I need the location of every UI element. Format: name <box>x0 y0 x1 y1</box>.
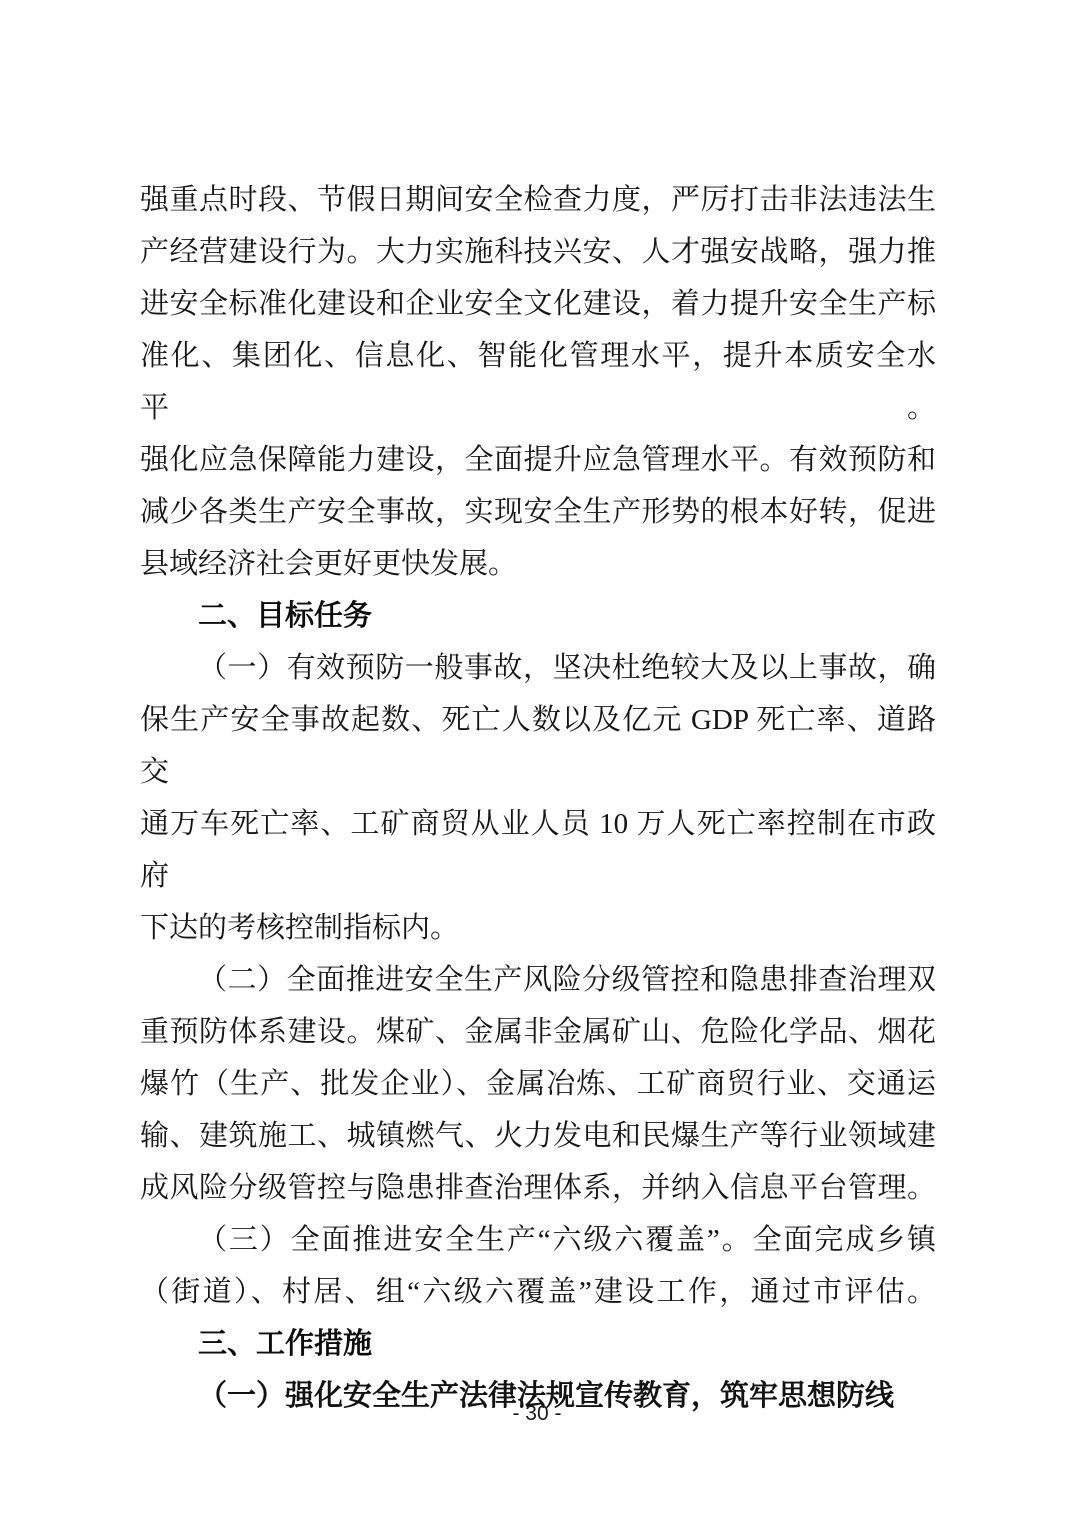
body-text-line: （二）全面推进安全生产风险分级管控和隐患排查治理双 <box>140 954 936 1006</box>
body-text-line: 进安全标准化建设和企业安全文化建设，着力提升安全生产标 <box>140 278 936 330</box>
body-text-line: 保生产安全事故起数、死亡人数以及亿元 GDP 死亡率、道路交 <box>140 694 936 798</box>
body-text-line: 县域经济社会更好更快发展。 <box>140 538 936 590</box>
body-text-line: 重预防体系建设。煤矿、金属非金属矿山、危险化学品、烟花 <box>140 1006 936 1058</box>
page-number: - 30 - <box>0 1402 1074 1426</box>
body-text-line: （一）有效预防一般事故，坚决杜绝较大及以上事故，确 <box>140 642 936 694</box>
body-text-line: 输、建筑施工、城镇燃气、火力发电和民爆生产等行业领域建 <box>140 1110 936 1162</box>
body-text-line: 产经营建设行为。大力实施科技兴安、人才强安战略，强力推 <box>140 226 936 278</box>
document-page: 强重点时段、节假日期间安全检查力度，严厉打击非法违法生产经营建设行为。大力实施科… <box>0 0 1074 1520</box>
body-text-line: （三）全面推进安全生产“六级六覆盖”。全面完成乡镇 <box>140 1214 936 1266</box>
body-text-line: 强化应急保障能力建设，全面提升应急管理水平。有效预防和 <box>140 434 936 486</box>
body-text-line: 强重点时段、节假日期间安全检查力度，严厉打击非法违法生 <box>140 174 936 226</box>
body-text-line: 爆竹（生产、批发企业）、金属冶炼、工矿商贸行业、交通运 <box>140 1058 936 1110</box>
body-text-line: 通万车死亡率、工矿商贸从业人员 10 万人死亡率控制在市政府 <box>140 798 936 902</box>
body-text-line: （街道）、村居、组“六级六覆盖”建设工作，通过市评估。 <box>140 1266 936 1318</box>
body-text-line: 下达的考核控制指标内。 <box>140 902 936 954</box>
document-body: 强重点时段、节假日期间安全检查力度，严厉打击非法违法生产经营建设行为。大力实施科… <box>140 174 936 1422</box>
body-text-line: 减少各类生产安全事故，实现安全生产形势的根本好转，促进 <box>140 486 936 538</box>
section-heading: 三、工作措施 <box>140 1318 936 1370</box>
body-text-line: 成风险分级管控与隐患排查治理体系，并纳入信息平台管理。 <box>140 1162 936 1214</box>
body-text-line: 准化、集团化、信息化、智能化管理水平，提升本质安全水平。 <box>140 330 936 434</box>
section-heading: 二、目标任务 <box>140 590 936 642</box>
